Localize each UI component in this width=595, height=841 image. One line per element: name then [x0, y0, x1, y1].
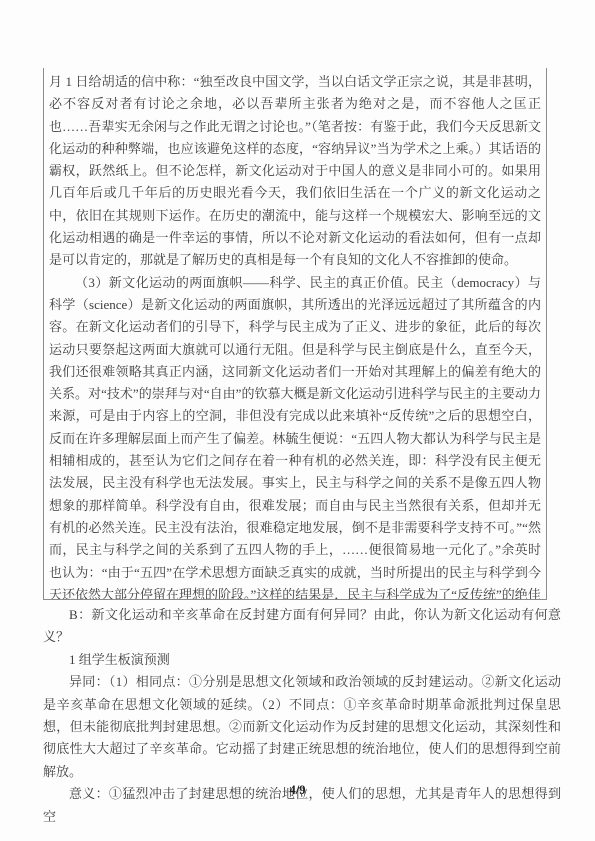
- passage-paragraph-point3: （3）新文化运动的两面旗帜——科学、民主的真正价值。民主（democracy）与…: [49, 272, 541, 600]
- boxed-passage: 月 1 日给胡适的信中称：“独至改良中国文学，当以白话文学正宗之说，其是非甚明，…: [43, 68, 547, 600]
- document-page: 月 1 日给胡适的信中称：“独至改良中国文学，当以白话文学正宗之说，其是非甚明，…: [0, 0, 595, 841]
- question-b-line: B：新文化运动和辛亥革命在反封建方面有何异同？由此，你认为新文化运动有何意义？: [43, 604, 561, 649]
- page-number: 4/9: [0, 783, 595, 798]
- passage-paragraph-continuation: 月 1 日给胡适的信中称：“独至改良中国文学，当以白话文学正宗之说，其是非甚明，…: [49, 71, 541, 272]
- group-prediction-line: 1 组学生板演预测: [43, 649, 561, 671]
- similarities-differences-paragraph: 异同：（1）相同点：①分别是思想文化领域和政治领域的反封建运动。②新文化运动是辛…: [43, 671, 561, 783]
